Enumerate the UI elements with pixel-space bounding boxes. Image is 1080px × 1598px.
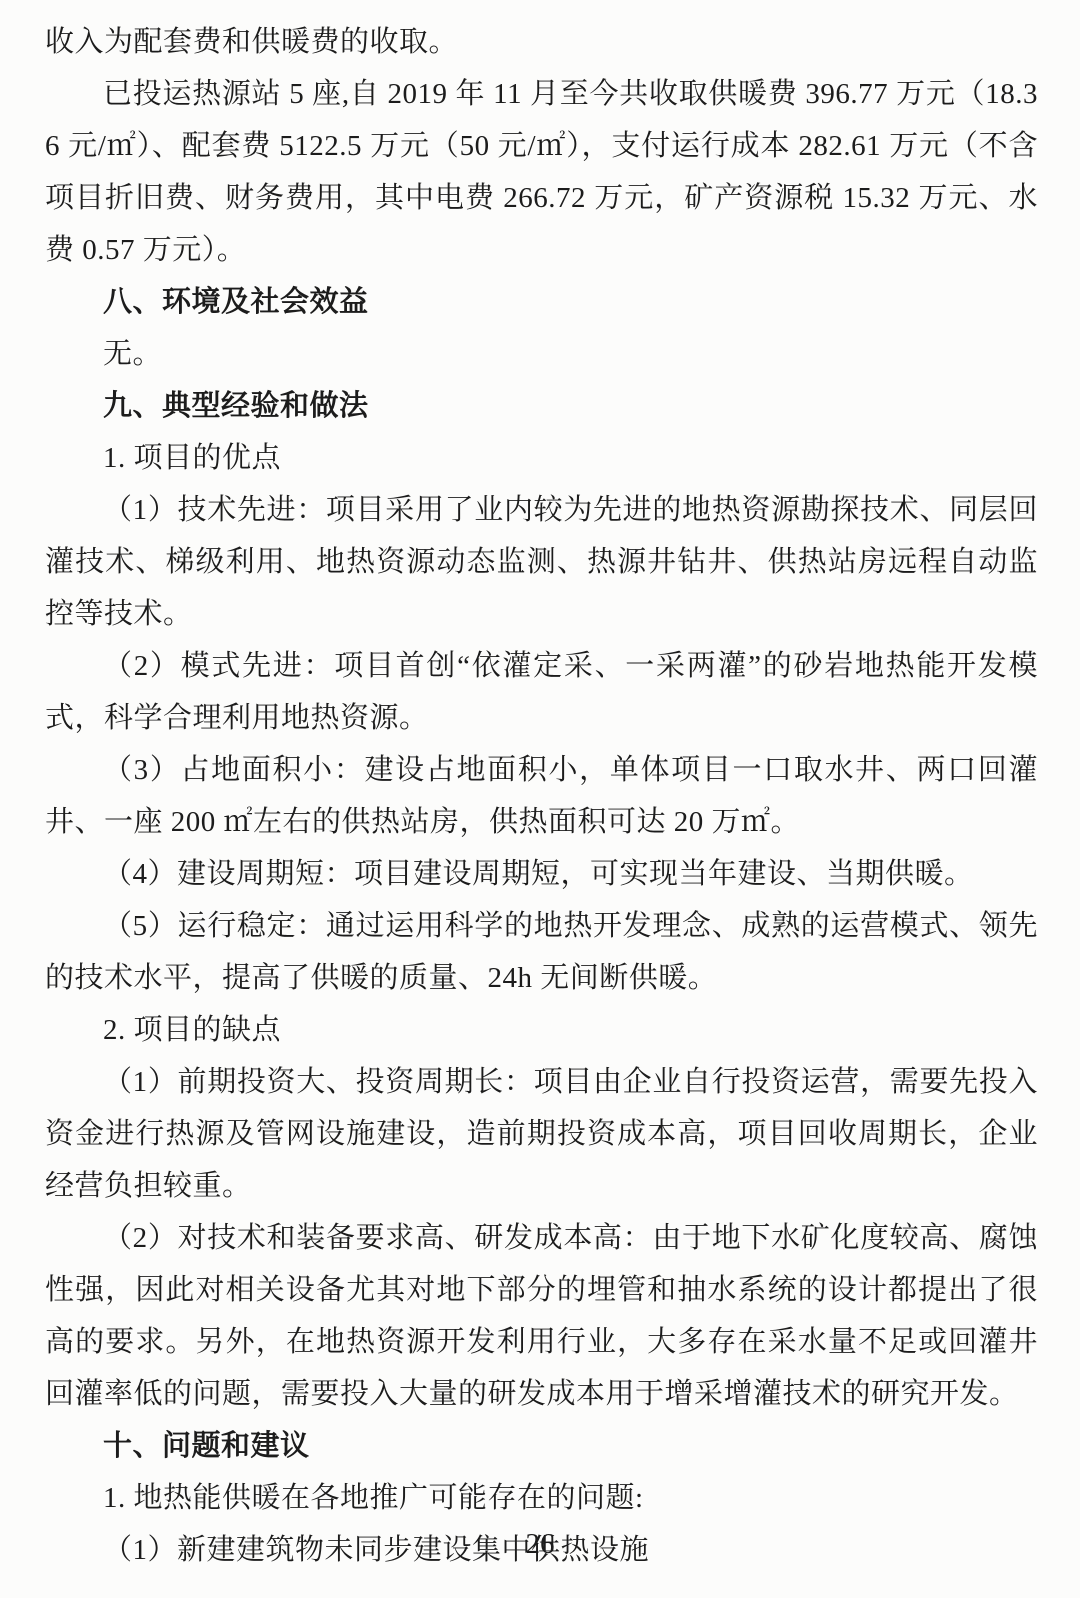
paragraph: 1. 地热能供暖在各地推广可能存在的问题: xyxy=(45,1472,1038,1524)
document-page: 收入为配套费和供暖费的收取。已投运热源站 5 座,自 2019 年 11 月至今… xyxy=(0,0,1080,1598)
paragraph: 2. 项目的缺点 xyxy=(45,1004,1038,1056)
paragraph: 已投运热源站 5 座,自 2019 年 11 月至今共收取供暖费 396.77 … xyxy=(45,68,1038,276)
paragraph: （1）前期投资大、投资周期长：项目由企业自行投资运营，需要先投入资金进行热源及管… xyxy=(45,1056,1038,1212)
section-heading: 九、典型经验和做法 xyxy=(45,380,1038,432)
paragraph: （2）模式先进：项目首创“依灌定采、一采两灌”的砂岩地热能开发模式，科学合理利用… xyxy=(45,640,1038,744)
page-number: 26 xyxy=(0,1528,1080,1561)
paragraph: 1. 项目的优点 xyxy=(45,432,1038,484)
paragraph: （5）运行稳定：通过运用科学的地热开发理念、成熟的运营模式、领先的技术水平，提高… xyxy=(45,900,1038,1004)
paragraph: （3）占地面积小：建设占地面积小，单体项目一口取水井、两口回灌井、一座 200 … xyxy=(45,744,1038,848)
paragraph: 收入为配套费和供暖费的收取。 xyxy=(45,16,1038,68)
paragraph: （2）对技术和装备要求高、研发成本高：由于地下水矿化度较高、腐蚀性强，因此对相关… xyxy=(45,1212,1038,1420)
document-body: 收入为配套费和供暖费的收取。已投运热源站 5 座,自 2019 年 11 月至今… xyxy=(45,16,1038,1576)
paragraph: （4）建设周期短：项目建设周期短，可实现当年建设、当期供暖。 xyxy=(45,848,1038,900)
paragraph: （1）技术先进：项目采用了业内较为先进的地热资源勘探技术、同层回灌技术、梯级利用… xyxy=(45,484,1038,640)
section-heading: 十、问题和建议 xyxy=(45,1420,1038,1472)
section-heading: 八、环境及社会效益 xyxy=(45,276,1038,328)
paragraph: 无。 xyxy=(45,328,1038,380)
